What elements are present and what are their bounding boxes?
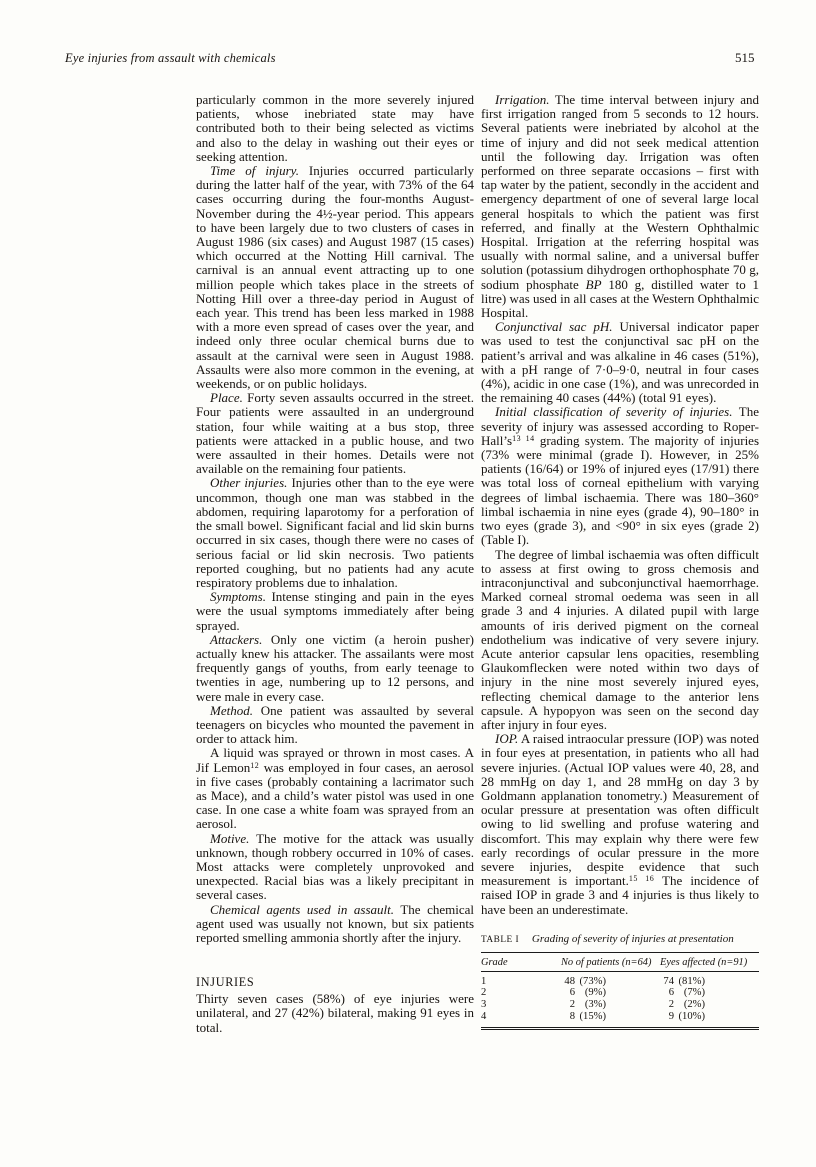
severity-table-body: 148(73%)74(81%)26(9%)6(7%)32(3%)2(2%)48(… [481,971,759,1028]
cell-eyes: 6(7%) [660,987,759,999]
paragraph: Irrigation. The time interval between in… [481,93,759,320]
paragraph: Motive. The motive for the attack was us… [196,832,474,903]
left-column: particularly common in the more severely… [196,93,474,1035]
table-label: TABLE I [481,935,519,945]
table-caption: TABLE I Grading of severity of injuries … [481,933,759,945]
reference-superscript: 12 [250,761,259,770]
cell-grade: 1 [481,971,561,987]
reference-superscript: 13 14 [512,434,535,443]
paragraph: Thirty seven cases (58%) of eye injuries… [196,992,474,1035]
paragraph: particularly common in the more severely… [196,93,474,164]
cell-eyes: 9(10%) [660,1011,759,1029]
right-column: Irrigation. The time interval between in… [481,93,759,1030]
paragraph: Method. One patient was assaulted by sev… [196,704,474,747]
cell-patients: 8(15%) [561,1011,660,1029]
paragraph: Conjunctival sac pH. Universal indicator… [481,320,759,405]
cell-patients: 2(3%) [561,999,660,1011]
table-row: 148(73%)74(81%) [481,971,759,987]
table-row: 32(3%)2(2%) [481,999,759,1011]
cell-eyes: 2(2%) [660,999,759,1011]
section-heading-injuries: INJURIES [196,975,474,990]
severity-table-head: Grade No of patients (n=64) Eyes affecte… [481,952,759,971]
reference-superscript: 15 16 [629,874,654,883]
severity-table: Grade No of patients (n=64) Eyes affecte… [481,952,759,1030]
col-header-grade: Grade [481,952,561,971]
col-header-eyes: Eyes affected (n=91) [660,952,759,971]
cell-patients: 6(9%) [561,987,660,999]
paragraph: Place. Forty seven assaults occurred in … [196,391,474,476]
page-number: 515 [735,50,755,66]
cell-patients: 48(73%) [561,971,660,987]
col-header-patients: No of patients (n=64) [561,952,660,971]
paragraph: Chemical agents used in assault. The che… [196,903,474,946]
paragraph: Time of injury. Injuries occurred partic… [196,164,474,391]
table-row: 48(15%)9(10%) [481,1011,759,1029]
paragraph: The degree of limbal ischaemia was often… [481,548,759,733]
paragraph: Initial classification of severity of in… [481,405,759,547]
cell-grade: 4 [481,1011,561,1029]
table-row: 26(9%)6(7%) [481,987,759,999]
cell-eyes: 74(81%) [660,971,759,987]
cell-grade: 2 [481,987,561,999]
running-header: Eye injuries from assault with chemicals [65,51,276,66]
table-header-row: Grade No of patients (n=64) Eyes affecte… [481,952,759,971]
paragraph: IOP. A raised intraocular pressure (IOP)… [481,732,759,917]
journal-page: Eye injuries from assault with chemicals… [0,0,816,1167]
table-title: Grading of severity of injuries at prese… [532,933,734,945]
paragraph: Symptoms. Intense stinging and pain in t… [196,590,474,633]
paragraph: Other injuries. Injuries other than to t… [196,476,474,590]
cell-grade: 3 [481,999,561,1011]
right-column-text: Irrigation. The time interval between in… [481,93,759,917]
paragraph: A liquid was sprayed or thrown in most c… [196,746,474,831]
paragraph: Attackers. Only one victim (a heroin pus… [196,633,474,704]
